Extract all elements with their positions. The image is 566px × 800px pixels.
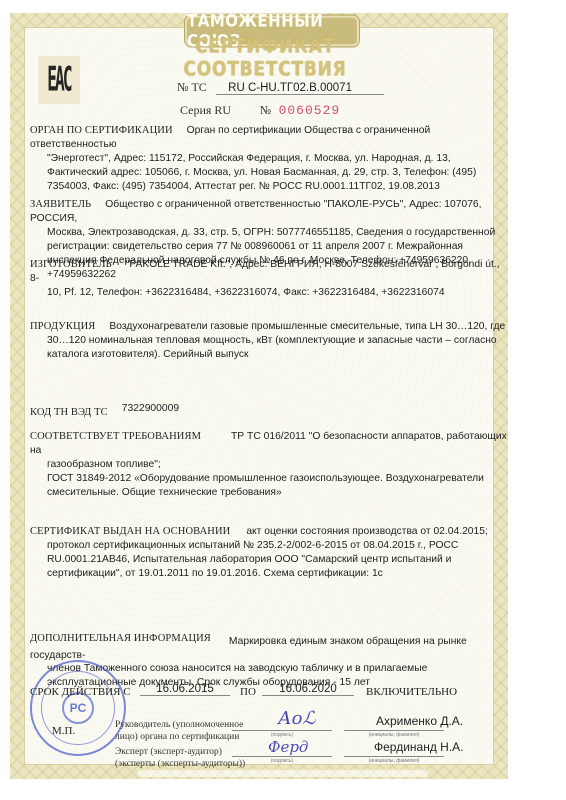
head-signature: Аоℒ <box>278 708 315 729</box>
section-requirements: СООТВЕТСТВУЕТ ТРЕБОВАНИЯМТР ТС 016/2011 … <box>30 430 510 500</box>
certificate-title: СЕРТИФИКАТ СООТВЕТСТВИЯ <box>140 35 390 81</box>
series-number-label: № <box>260 103 271 117</box>
head-name: Ахрименко Д.А. <box>376 714 463 728</box>
section-text: ГОСТ 31849-2012 «Оборудование промышленн… <box>30 472 510 500</box>
section-label: КОД ТН ВЭД ТС <box>30 407 108 418</box>
stamp-place-label: М.П. <box>52 725 75 737</box>
section-certification-body: ОРГАН ПО СЕРТИФИКАЦИИОрган по сертификац… <box>30 124 510 194</box>
validity-to-date: 16.06.2020 <box>262 683 354 696</box>
section-label: ПРОДУКЦИЯ <box>30 321 95 332</box>
section-text: протокол сертификационных испытаний № 23… <box>30 539 510 581</box>
expert-signature-line <box>232 756 332 757</box>
certification-stamp: PC <box>30 660 126 756</box>
section-label: ИЗГОТОВИТЕЛЬ <box>30 259 112 270</box>
series-line: Серия RU № 0060529 <box>180 103 340 118</box>
head-name-line <box>344 730 444 731</box>
ts-number-line: № ТС RU C-HU.ТГ02.В.00071 <box>177 80 384 95</box>
section-text: 30…120 номинальная тепловая мощность, кВ… <box>30 334 510 362</box>
section-label: ОРГАН ПО СЕРТИФИКАЦИИ <box>30 125 173 136</box>
hs-code-value: 7322900009 <box>122 403 179 414</box>
series-label: Серия RU <box>180 103 231 117</box>
expert-signature: Ферд <box>268 738 308 756</box>
validity-to-label: ПО <box>240 686 256 698</box>
expert-label-line1: Эксперт (эксперт-аудитор) <box>115 746 245 758</box>
head-label: Руководитель (уполномоченное лицо) орган… <box>115 719 243 743</box>
head-label-line1: Руководитель (уполномоченное <box>115 719 243 731</box>
head-signature-line <box>232 730 332 731</box>
section-product: ПРОДУКЦИЯВоздухонагреватели газовые пром… <box>30 320 510 362</box>
eac-logo-icon: EAC <box>47 61 71 100</box>
series-number: 0060529 <box>279 103 341 118</box>
validity-inclusive: ВКЛЮЧИТЕЛЬНО <box>366 686 457 698</box>
expert-name-caption: (инициалы, фамилия) <box>344 758 444 764</box>
section-label: ДОПОЛНИТЕЛЬНАЯ ИНФОРМАЦИЯ <box>30 633 211 644</box>
section-label: СООТВЕТСТВУЕТ ТРЕБОВАНИЯМ <box>30 431 201 442</box>
eac-logo: EAC <box>38 56 80 104</box>
section-hs-code: КОД ТН ВЭД ТС7322900009 <box>30 406 510 420</box>
expert-name-line <box>344 756 444 757</box>
section-line2: газообразном топливе"; <box>30 458 510 472</box>
section-first-line: Воздухонагреватели газовые промышленные … <box>109 321 505 332</box>
section-basis: СЕРТИФИКАТ ВЫДАН НА ОСНОВАНИИакт оценки … <box>30 525 510 581</box>
section-first-line: Общество с ограниченной ответственностью… <box>30 199 482 224</box>
expert-label: Эксперт (эксперт-аудитор) (эксперты (экс… <box>115 746 245 770</box>
head-label-line2: лицо) органа по сертификации <box>115 731 243 743</box>
section-manufacturer: ИЗГОТОВИТЕЛЬ"PAKOLE TRADE Kft.", Адрес: … <box>30 258 510 300</box>
printer-imprint-strip <box>138 770 428 777</box>
section-label: СЕРТИФИКАТ ВЫДАН НА ОСНОВАНИИ <box>30 526 230 537</box>
expert-name: Фердинанд Н.А. <box>374 740 464 754</box>
section-first-line: акт оценки состояния производства от 02.… <box>246 526 488 537</box>
validity-period: СРОК ДЕЙСТВИЯ С 16.06.2015 ПО 16.06.2020… <box>30 686 500 698</box>
expert-signature-caption: (подпись) <box>232 758 332 764</box>
section-text: 10, Pf. 12, Телефон: +3622316484, +36223… <box>30 286 510 300</box>
ts-number-value: RU C-HU.ТГ02.В.00071 <box>216 82 384 95</box>
section-text: "Энерготест", Адрес: 115172, Российская … <box>30 152 510 194</box>
validity-from-date: 16.06.2015 <box>140 683 230 696</box>
expert-label-line2: (эксперты (эксперты-аудиторы)) <box>115 758 245 770</box>
section-label: ЗАЯВИТЕЛЬ <box>30 199 91 210</box>
ts-number-label: № ТС <box>177 80 207 94</box>
head-name-caption: (инициалы, фамилия) <box>344 732 444 738</box>
validity-label: СРОК ДЕЙСТВИЯ С <box>30 686 131 698</box>
